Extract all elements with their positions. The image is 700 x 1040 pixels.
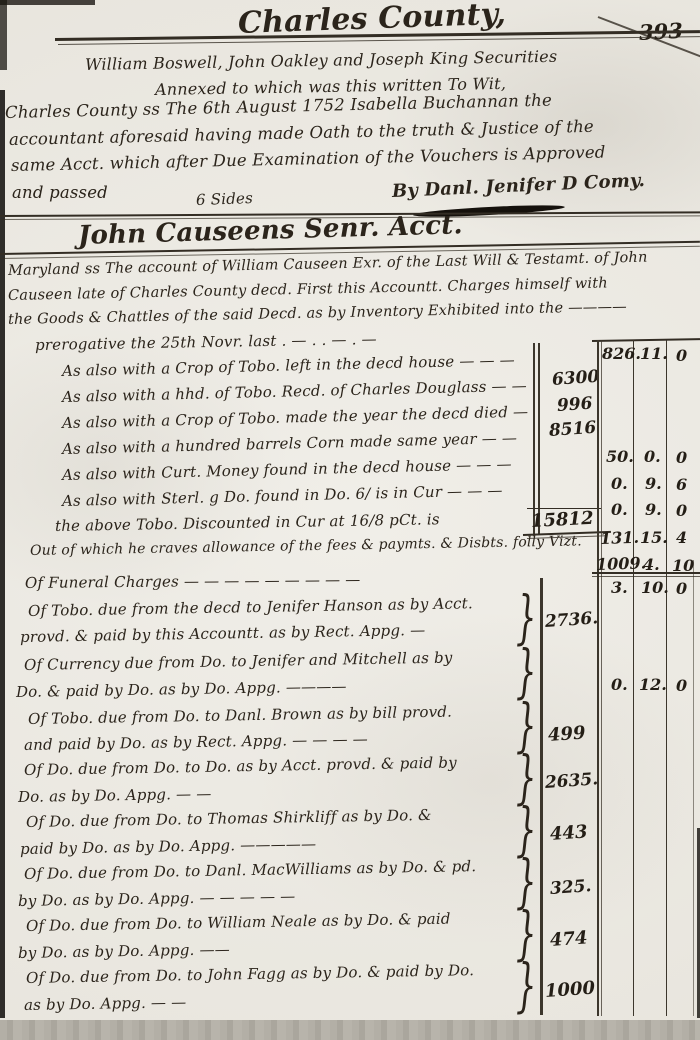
entry-label: As also with Sterl. g Do. found in Do. 6…	[62, 481, 503, 510]
entry-label: Of Do. due from Do. to Do. as by Acct. p…	[24, 753, 457, 779]
money-column-rule-shillings	[633, 340, 634, 1016]
money-shillings: 4.	[643, 555, 660, 574]
entry-label: Of Funeral Charges — — — — — — — — —	[25, 570, 361, 592]
money-pence: 6	[676, 475, 687, 494]
money-box-total-rule-b	[592, 576, 700, 577]
money-column-rule-left-b	[601, 340, 602, 1016]
entry-label: Of Currency due from Do. to Jenifer and …	[24, 649, 453, 674]
entry-label: as by Do. Appg. — —	[24, 993, 187, 1014]
entry-label: Of Do. due from Do. to Danl. MacWilliams…	[24, 857, 477, 883]
money-pounds: 50.	[606, 447, 634, 466]
page-edge-rule	[693, 560, 694, 1016]
deputy-commissary-signature: By Danl. Jenifer D Comy.	[392, 170, 646, 202]
entry-label: Of Do. due from Do. to John Fagg as by D…	[26, 961, 474, 987]
tobacco-column-rule-a	[533, 343, 535, 535]
money-pounds: 0.	[611, 474, 628, 493]
tobacco-column-rule-b	[538, 343, 540, 535]
scan-edge-left	[0, 90, 5, 1018]
entry-brace: }	[516, 951, 536, 1019]
entry-label: paid by Do. as by Do. Appg. —————	[20, 835, 317, 858]
tobacco-amount: 1000	[544, 978, 595, 1002]
entry-label: by Do. as by Do. Appg. ——	[18, 940, 230, 962]
entry-label: the above Tobo. Discounted in Cur at 16/…	[55, 510, 440, 535]
tobacco-amount: 6300	[551, 367, 600, 390]
money-shillings: 10.	[641, 578, 669, 597]
money-shillings: 9.	[645, 474, 662, 493]
money-pounds: 131.	[600, 528, 640, 548]
money-pounds: 3.	[611, 578, 628, 597]
entry-label: Of Tobo. due from Do. to Danl. Brown as …	[28, 703, 452, 728]
money-pence: 0	[676, 579, 687, 598]
securities-line: William Boswell, John Oakley and Joseph …	[85, 47, 558, 74]
entry-label: As also with a hhd. of Tobo. Recd. of Ch…	[62, 377, 527, 406]
entry-label: Of Tobo. due from the decd to Jenifer Ha…	[28, 594, 473, 620]
money-pence: 0	[676, 676, 687, 695]
tobacco-amount: 443	[549, 821, 588, 845]
entry-label: As also with Curt. Money found in the de…	[62, 455, 512, 484]
tobacco-amount: 2635.	[544, 769, 598, 793]
tobacco-amount: 996	[556, 394, 593, 416]
entry-label: Out of which he craves allowance of the …	[30, 533, 582, 559]
entry-label: by Do. as by Do. Appg. — — — — —	[18, 887, 296, 910]
money-pence: 0	[676, 448, 687, 467]
tobacco-total: 15812	[530, 508, 594, 532]
entry-label: Of Do. due from Do. to Thomas Shirkliff …	[26, 806, 432, 831]
tobacco-amount: 8516	[548, 418, 597, 441]
tobacco-amount: 499	[547, 722, 586, 746]
money-pounds: 0.	[611, 675, 628, 694]
intro-line-4: prerogative the 25th Novr. last . — . . …	[35, 330, 377, 354]
entry-label: provd. & paid by this Accountt. as by Re…	[20, 621, 426, 646]
scan-edge-top-left	[0, 0, 95, 5]
money-pounds: 0.	[611, 500, 628, 519]
entry-label: As also with a hundred barrels Corn made…	[62, 429, 518, 458]
tobacco-amount: 474	[549, 927, 588, 951]
scanned-ledger-page: { "colors": {"ink": "#2b241b", "paper": …	[0, 0, 700, 1040]
certification-line-4: and passed	[12, 183, 108, 202]
intro-line-1: Maryland ss The account of William Cause…	[8, 250, 648, 279]
tobacco-amount: 2736.	[544, 608, 598, 632]
lower-tobacco-column-rule	[540, 578, 543, 1015]
money-pounds: 826.	[602, 344, 641, 363]
money-pence: 0	[676, 346, 687, 365]
money-pence: 10	[672, 556, 694, 575]
entry-label: Do. as by Do. Appg. — —	[18, 785, 212, 806]
intro-line-2: Causeen late of Charles County decd. Fir…	[8, 275, 608, 304]
entry-label: As also with a Crop of Tobo. made the ye…	[62, 403, 529, 432]
money-shillings: 12.	[639, 675, 667, 694]
entry-label: As also with a Crop of Tobo. left in the…	[62, 351, 515, 380]
tobacco-amount: 325.	[549, 876, 592, 899]
scan-edge-top-left-corner	[0, 0, 7, 70]
money-box-top-rule	[592, 338, 700, 341]
intro-line-3: the Goods & Chattles of the said Decd. a…	[8, 299, 627, 328]
entry-label: and paid by Do. as by Rect. Appg. — — — …	[24, 730, 368, 754]
money-shillings: 0.	[644, 447, 661, 466]
entry-label: Of Do. due from Do. to William Neale as …	[26, 910, 451, 935]
account-heading: John Causeens Senr. Acct.	[78, 210, 463, 251]
money-pounds: 1009.	[596, 553, 647, 574]
money-shillings: 11.	[640, 344, 668, 363]
money-pence: 4	[676, 528, 687, 547]
sides-note: 6 Sides	[196, 189, 254, 209]
scan-edge-bottom	[0, 1020, 700, 1040]
money-shillings: 15.	[640, 528, 668, 547]
money-pence: 0	[676, 501, 687, 520]
money-column-rule-left-a	[597, 340, 599, 1016]
entry-label: Do. & paid by Do. as by Do. Appg. ————	[16, 677, 347, 701]
certification-line-3: same Acct. which after Due Examination o…	[11, 143, 606, 175]
money-shillings: 9.	[645, 500, 662, 519]
